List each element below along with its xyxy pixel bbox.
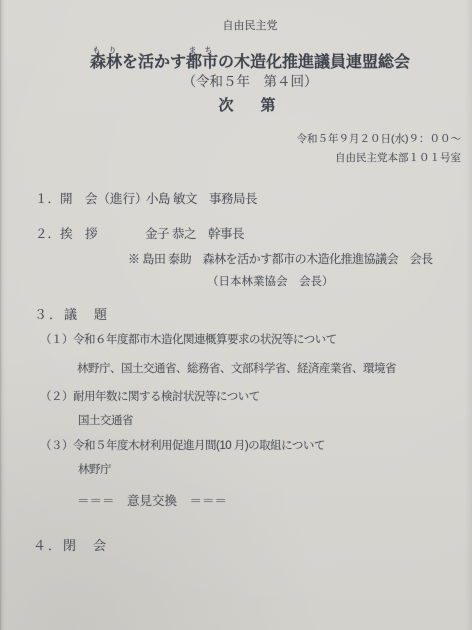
topic-3: （３）令和５年度木材利用促進月間(10 月)の取組について bbox=[40, 441, 325, 453]
agenda-item-1-person: 小島 敏文 事務局長 bbox=[146, 193, 257, 206]
agenda-item-2-person: 金子 恭之 幹事長 bbox=[145, 228, 244, 241]
title-text: 都市 bbox=[186, 54, 218, 71]
title-furigana-machi: まち bbox=[186, 46, 218, 55]
guest-note-affiliation: （日本林業協会 会長） bbox=[207, 277, 334, 289]
topic-2: （２）耐用年数に関する検討状況等について bbox=[40, 392, 260, 404]
topic-2-title: 耐用年数に関する検討状況等について bbox=[73, 391, 260, 403]
session-number: （令和５年 第４回） bbox=[14, 75, 472, 89]
agenda-document-photo: 自由民主党 森林もりを活かす都市まちの木造化推進議員連盟総会 （令和５年 第４回… bbox=[0, 0, 472, 630]
agenda-item-1-label: １．開 会（進行） bbox=[35, 193, 148, 206]
title-segment-toshi: 都市まち bbox=[186, 54, 218, 71]
guest-note: ※ 島田 泰助 森林を活かす都市の木造化推進協議会 会長 bbox=[128, 253, 433, 265]
meeting-venue: 自由民主党本部１０１号室 bbox=[335, 153, 461, 164]
topic-3-presenter: 林野庁 bbox=[78, 465, 111, 477]
agenda-item-3-label: ３．議 題 bbox=[34, 308, 109, 321]
topic-1-number: （１） bbox=[40, 334, 73, 346]
topic-3-number: （３） bbox=[40, 440, 73, 452]
title-segment-shinrin: 森林もり bbox=[90, 54, 122, 71]
agenda-item-4-label: ４．閉 会 bbox=[33, 539, 108, 552]
agenda-item-2-label: ２．挨 拶 bbox=[35, 228, 98, 241]
title-text: 森林 bbox=[90, 54, 122, 71]
title-text: を活かす bbox=[122, 54, 186, 71]
title-text: の木造化推進議員連盟総会 bbox=[218, 54, 410, 71]
title-furigana-mori: もり bbox=[90, 46, 122, 55]
party-name: 自由民主党 bbox=[14, 21, 472, 32]
opinion-exchange-line: ＝＝＝ 意見交換 ＝＝＝ bbox=[77, 495, 227, 508]
topic-3-title: 令和５年度木材利用促進月間(10 月)の取組について bbox=[73, 440, 325, 452]
topic-1-presenter: 林野庁、国土交通省、総務省、文部科学省、経済産業省、環境省 bbox=[77, 364, 396, 376]
topic-1-title: 令和６年度都市木造化関連概算要求の状況等について bbox=[73, 334, 337, 346]
topic-2-presenter: 国土交通省 bbox=[78, 416, 133, 428]
meeting-title: 森林もりを活かす都市まちの木造化推進議員連盟総会 bbox=[14, 46, 472, 71]
topic-2-number: （２） bbox=[40, 391, 73, 403]
doc-type-heading: 次 第 bbox=[14, 98, 472, 113]
topic-1: （１）令和６年度都市木造化関連概算要求の状況等について bbox=[40, 335, 337, 347]
meeting-datetime: 令和５年９月２０日(水)９：００～ bbox=[297, 134, 462, 145]
